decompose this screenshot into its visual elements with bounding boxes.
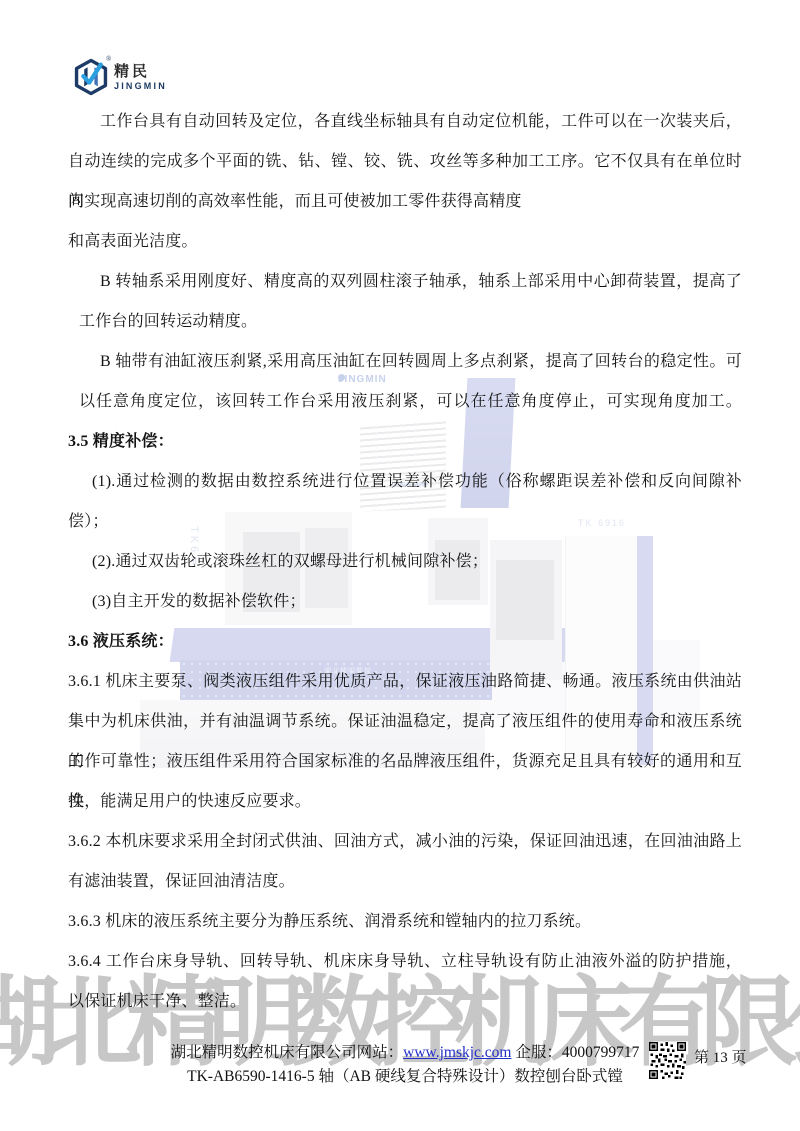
text-line: 偿）；: [68, 502, 742, 542]
logo-name-cn: 精民: [114, 64, 167, 79]
text-line: 3.6.4 工作台床身导轨、回转导轨、机床床身导轨、立柱导轨设有防止油液外溢的防…: [68, 942, 742, 982]
registered-mark: ®: [106, 55, 111, 63]
document-body: 工作台具有自动回转及定位，各直线坐标轴具有自动定位机能，工件可以在一次装夹后，自…: [68, 102, 742, 1022]
footer-product-line: TK-AB6590-1416-5 轴（AB 硬线复合特殊设计）数控刨台卧式镗: [120, 1066, 690, 1088]
text-line: 3.6.2 本机床要求采用全封闭式供油、回油方式，减小油的污染，保证回油迅速，在…: [68, 822, 742, 862]
text-line: (1).通过检测的数据由数控系统进行位置误差补偿功能（俗称螺距误差补偿和反向间隙…: [68, 462, 742, 502]
text-line: 工作台具有自动回转及定位，各直线坐标轴具有自动定位机能，工件可以在一次装夹后，: [68, 102, 742, 142]
text-line: 以保证机床干净、整洁。: [68, 982, 742, 1022]
footer-contact-line: 湖北精明数控机床有限公司网站：www.jmskjc.com 企服：4000799…: [120, 1042, 690, 1064]
footer-phone: 4000799717: [562, 1044, 640, 1061]
logo-hexagon-icon: [74, 58, 108, 96]
qr-code: [649, 1042, 686, 1079]
text-line: (3)自主开发的数据补偿软件；: [68, 582, 742, 622]
text-line: 和高表面光洁度。: [68, 222, 742, 262]
text-line: 性，能满足用户的快速反应要求。: [68, 782, 742, 822]
text-line: 3.6.1 机床主要泵、阀类液压组件采用优质产品，保证液压油路简捷、畅通。液压系…: [68, 662, 742, 702]
text-line: 工作可靠性；液压组件采用符合国家标准的名品牌液压组件，货源充足且具有较好的通用和…: [68, 742, 742, 782]
page-footer: 湖北精明数控机床有限公司网站：www.jmskjc.com 企服：4000799…: [120, 1042, 690, 1088]
text-line: (2).通过双齿轮或滚珠丝杠的双螺母进行机械间隙补偿；: [68, 542, 742, 582]
text-line: 以任意角度定位，该回转工作台采用液压刹紧，可以在任意角度停止，可实现角度加工。: [68, 382, 742, 422]
document-page: { "logo": { "name_cn": "精民", "name_en": …: [0, 0, 800, 1131]
footer-service-label: 企服：: [511, 1044, 561, 1061]
page-number: 第 13 页: [694, 1046, 747, 1067]
text-line: 3.5 精度补偿：: [68, 422, 742, 462]
text-line: 3.6.3 机床的液压系统主要分为静压系统、润滑系统和镗轴内的拉刀系统。: [68, 902, 742, 942]
text-line: 内实现高速切削的高效率性能，而且可使被加工零件获得高精度: [68, 182, 742, 222]
company-logo: ® 精民 JINGMIN: [74, 58, 167, 96]
text-line: 集中为机床供油，并有油温调节系统。保证油温稳定，提高了液压组件的使用寿命和液压系…: [68, 702, 742, 742]
text-line: 有滤油装置，保证回油清洁度。: [68, 862, 742, 902]
text-line: 3.6 液压系统：: [68, 622, 742, 662]
website-link[interactable]: www.jmskjc.com: [403, 1044, 511, 1061]
text-line: B 转轴系采用刚度好、精度高的双列圆柱滚子轴承，轴系上部采用中心卸荷装置，提高了: [68, 262, 742, 302]
text-line: 自动连续的完成多个平面的铣、钻、镗、铰、铣、攻丝等多种加工工序。它不仅具有在单位…: [68, 142, 742, 182]
text-line: B 轴带有油缸液压刹紧,采用高压油缸在回转圆周上多点刹紧，提高了回转台的稳定性。…: [68, 342, 742, 382]
footer-website-label: 湖北精明数控机床有限公司网站：: [171, 1044, 404, 1061]
logo-name-en: JINGMIN: [114, 82, 167, 91]
text-line: 工作台的回转运动精度。: [68, 302, 742, 342]
